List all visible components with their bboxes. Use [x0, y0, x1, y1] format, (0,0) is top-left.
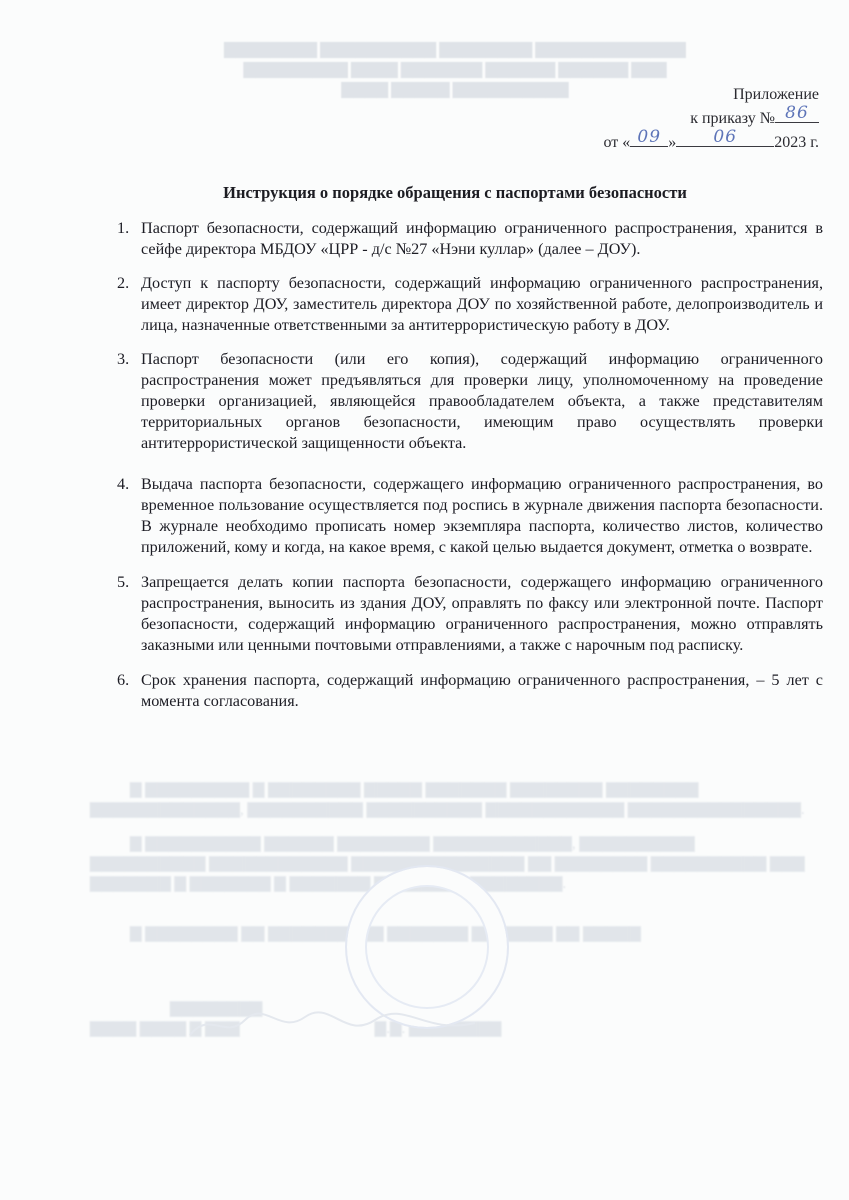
item-number: 2.: [117, 273, 129, 294]
item-text: Срок хранения паспорта, содержащий инфор…: [141, 671, 823, 710]
date-month-handwritten: 06: [676, 127, 774, 147]
order-prefix: к приказу №: [690, 110, 775, 127]
item-text: Запрещается делать копии паспорта безопа…: [141, 573, 823, 654]
item-text: Паспорт безопасности (или его копия), со…: [141, 350, 823, 452]
item-number: 1.: [117, 218, 129, 239]
item-text: Паспорт безопасности, содержащий информа…: [141, 219, 823, 258]
item-number: 5.: [117, 572, 129, 593]
bleed-through-body: ▇ ▇▇▇▇▇▇▇▇▇ ▇ ▇▇▇▇▇▇▇▇ ▇▇▇▇▇ ▇▇▇▇▇▇▇ ▇▇▇…: [90, 780, 810, 1053]
appendix-label: Приложение: [603, 85, 819, 105]
list-item: 6. Срок хранения паспорта, содержащий ин…: [117, 670, 823, 712]
bleed-through-stamp: [345, 865, 509, 1029]
list-item: 5. Запрещается делать копии паспорта без…: [117, 572, 823, 656]
item-number: 3.: [117, 349, 129, 370]
order-number-line: к приказу №86: [603, 105, 819, 129]
list-item: 1. Паспорт безопасности, содержащий инфо…: [117, 218, 823, 260]
order-number-handwritten: 86: [775, 103, 819, 123]
date-month-field: 06: [676, 129, 774, 147]
list-item: 4. Выдача паспорта безопасности, содержа…: [117, 474, 823, 558]
order-date-line: от «09»062023 г.: [603, 129, 819, 153]
date-day-handwritten: 09: [630, 127, 668, 147]
appendix-header: Приложение к приказу №86 от «09»062023 г…: [603, 85, 819, 153]
item-number: 6.: [117, 670, 129, 691]
date-prefix: от «: [603, 134, 630, 151]
item-text: Выдача паспорта безопасности, содержащег…: [141, 475, 823, 556]
date-day-field: 09: [630, 129, 668, 147]
date-year: 2023 г.: [774, 134, 819, 151]
bleed-through-signature: [185, 1005, 485, 1045]
item-text: Доступ к паспорту безопасности, содержащ…: [141, 274, 823, 334]
instruction-list: 1. Паспорт безопасности, содержащий инфо…: [117, 218, 823, 725]
document-title: Инструкция о порядке обращения с паспорт…: [0, 183, 849, 203]
order-number-field: 86: [775, 105, 819, 123]
list-item: 2. Доступ к паспорту безопасности, содер…: [117, 273, 823, 336]
item-number: 4.: [117, 474, 129, 495]
date-mid: »: [668, 134, 676, 151]
list-item: 3. Паспорт безопасности (или его копия),…: [117, 349, 823, 454]
